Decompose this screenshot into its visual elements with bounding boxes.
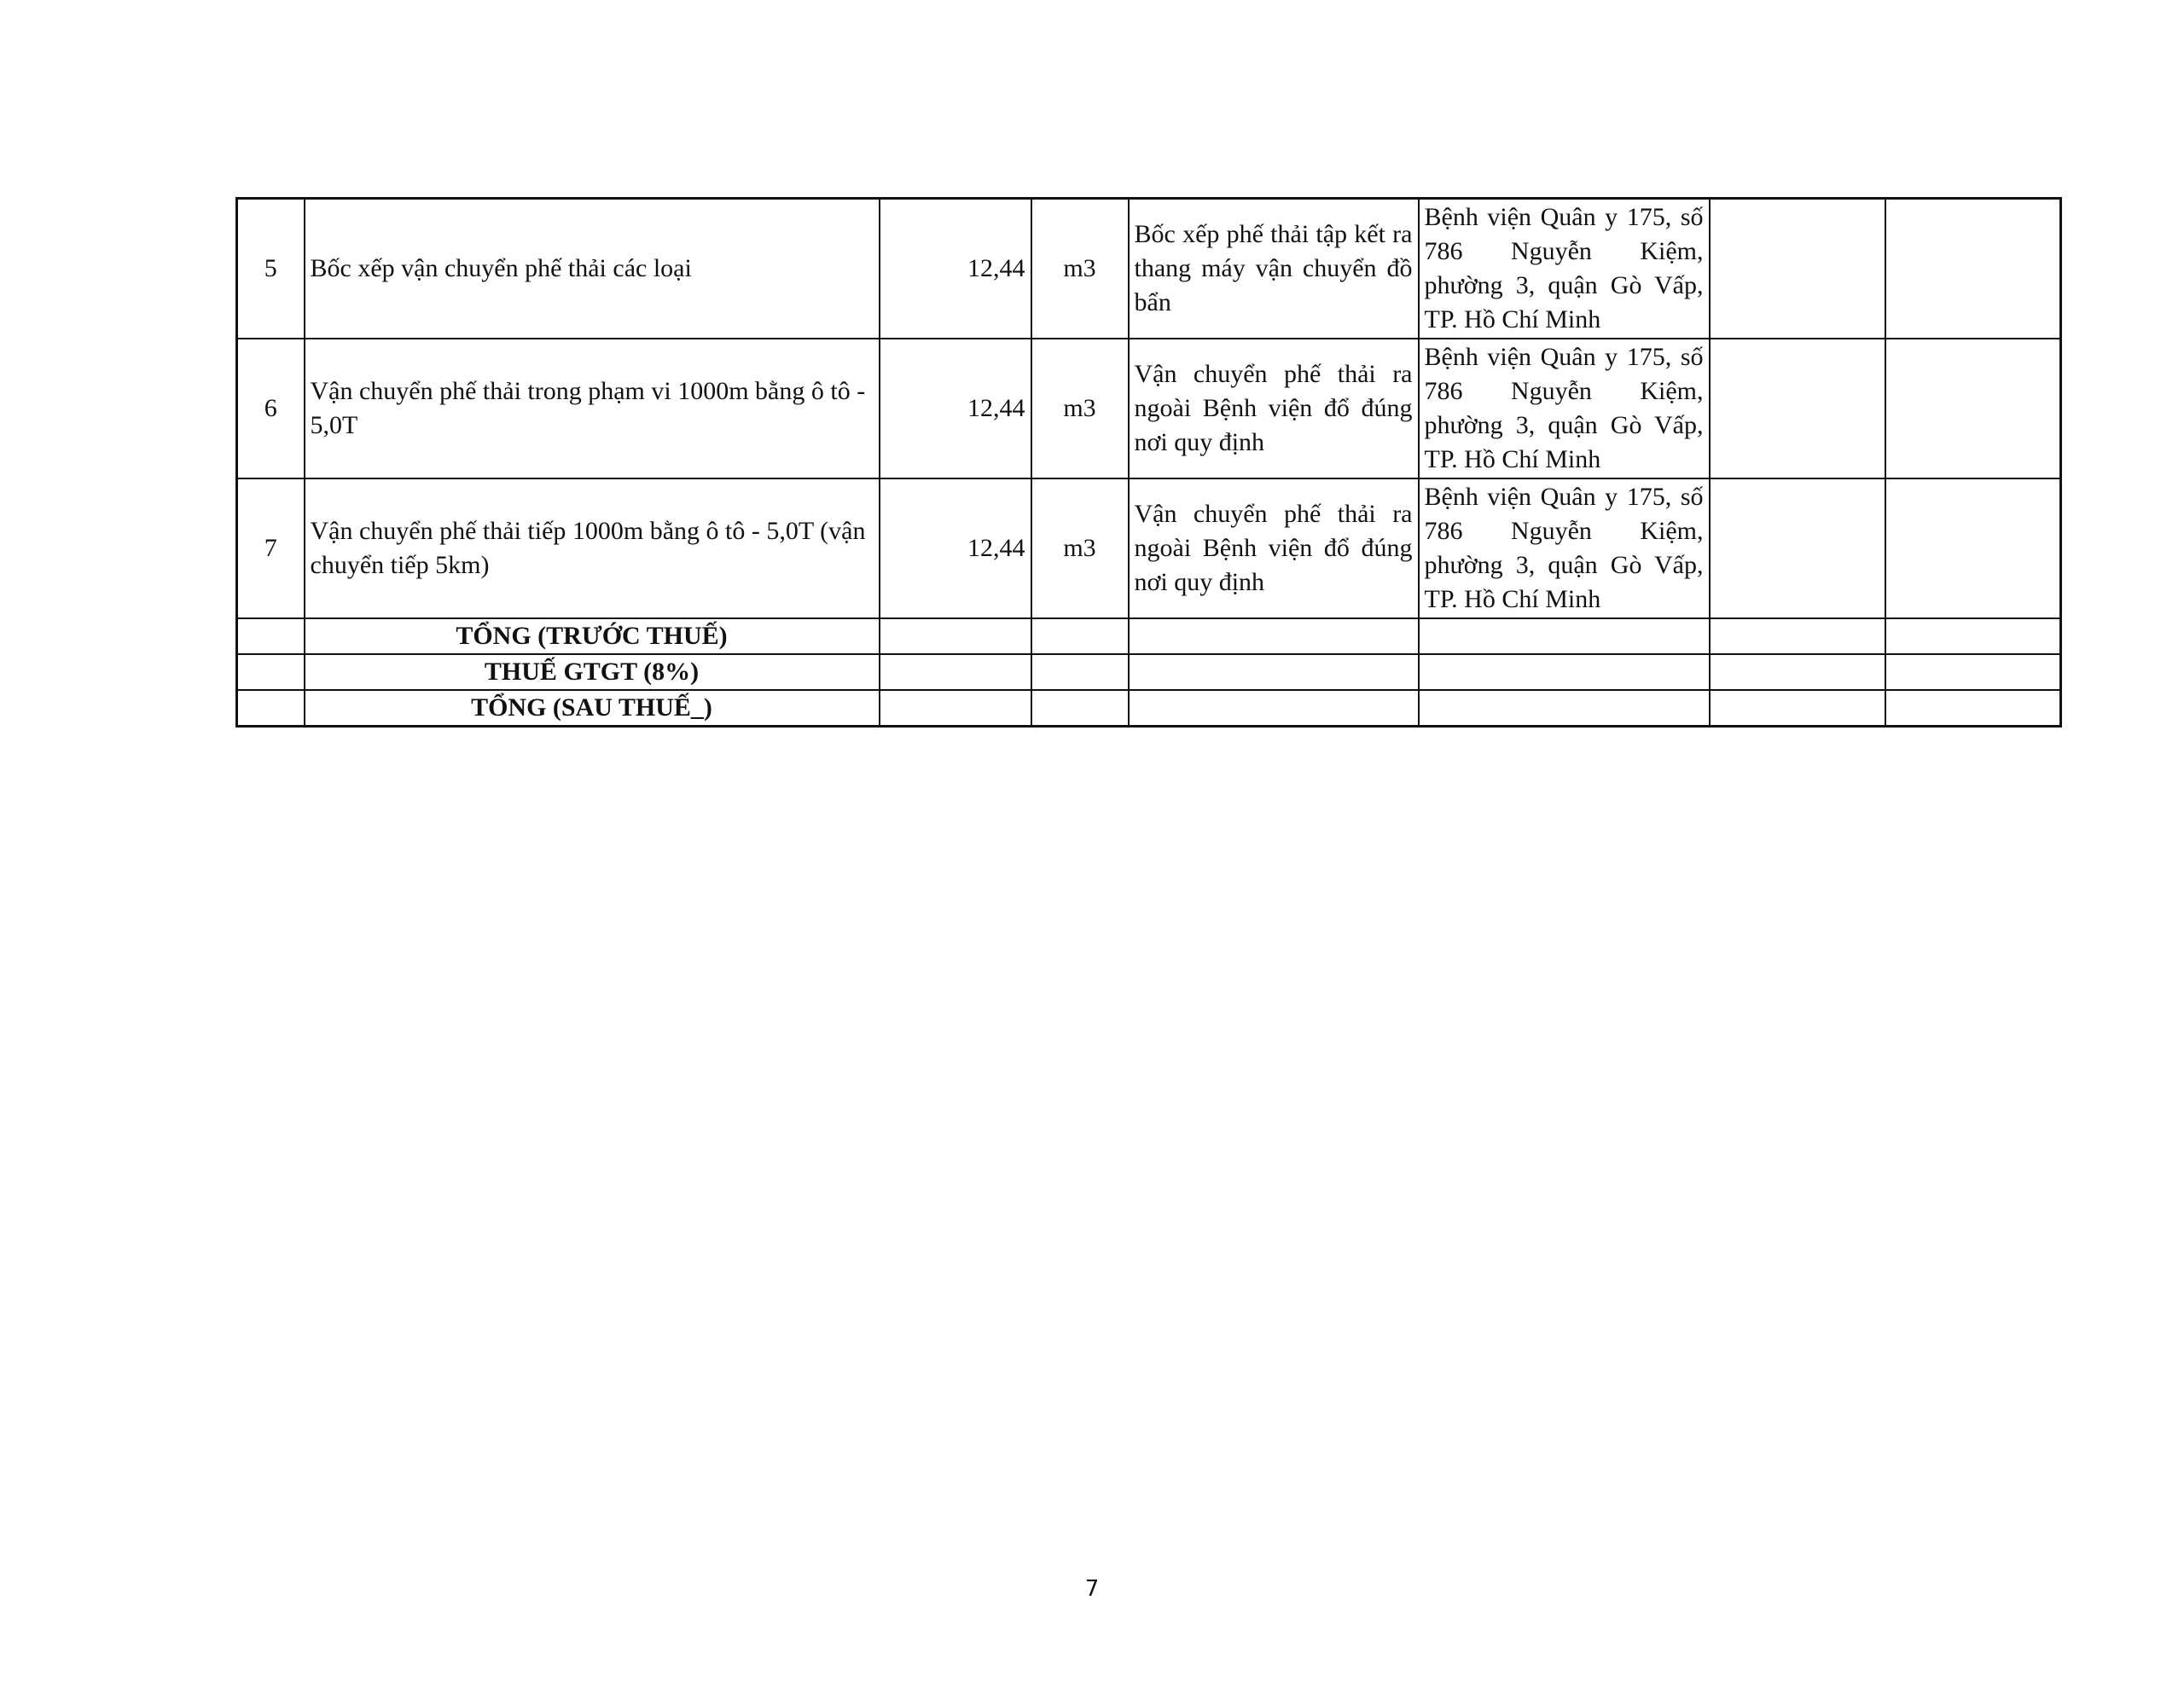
item-name: Vận chuyển phế thải tiếp 1000m bằng ô tô… xyxy=(305,478,880,618)
empty-cell xyxy=(1129,654,1419,690)
item-name: Vận chuyển phế thải trong phạm vi 1000m … xyxy=(305,339,880,478)
empty-cell xyxy=(880,654,1031,690)
table-row: 7 Vận chuyển phế thải tiếp 1000m bằng ô … xyxy=(237,478,2061,618)
empty-cell xyxy=(1885,690,2061,727)
empty-cell xyxy=(1885,654,2061,690)
item-unit: m3 xyxy=(1031,478,1129,618)
item-unit-price xyxy=(1710,339,1885,478)
table-row: 6 Vận chuyển phế thải trong phạm vi 1000… xyxy=(237,339,2061,478)
item-amount xyxy=(1885,199,2061,339)
total-before-tax-label: TỔNG (TRƯỚC THUẾ) xyxy=(305,618,880,654)
item-location: Bệnh viện Quân y 175, số 786 Nguyễn Kiệm… xyxy=(1419,478,1710,618)
empty-cell xyxy=(1419,618,1710,654)
vat-row: THUẾ GTGT (8%) xyxy=(237,654,2061,690)
row-number: 7 xyxy=(237,478,305,618)
empty-cell xyxy=(237,654,305,690)
item-description: Vận chuyển phế thải ra ngoài Bệnh viện đ… xyxy=(1129,478,1419,618)
page-number: 7 xyxy=(0,1576,2184,1602)
empty-cell xyxy=(1885,618,2061,654)
vat-label: THUẾ GTGT (8%) xyxy=(305,654,880,690)
item-amount xyxy=(1885,339,2061,478)
empty-cell xyxy=(1419,690,1710,727)
document-page: 5 Bốc xếp vận chuyển phế thải các loại 1… xyxy=(0,0,2184,1687)
item-unit-price xyxy=(1710,199,1885,339)
empty-cell xyxy=(1419,654,1710,690)
item-unit: m3 xyxy=(1031,199,1129,339)
quotation-table: 5 Bốc xếp vận chuyển phế thải các loại 1… xyxy=(235,197,2062,728)
item-description: Vận chuyển phế thải ra ngoài Bệnh viện đ… xyxy=(1129,339,1419,478)
empty-cell xyxy=(1031,690,1129,727)
item-quantity: 12,44 xyxy=(880,199,1031,339)
table-row: 5 Bốc xếp vận chuyển phế thải các loại 1… xyxy=(237,199,2061,339)
empty-cell xyxy=(1129,690,1419,727)
row-number: 5 xyxy=(237,199,305,339)
empty-cell xyxy=(1031,618,1129,654)
empty-cell xyxy=(1129,618,1419,654)
item-location: Bệnh viện Quân y 175, số 786 Nguyễn Kiệm… xyxy=(1419,339,1710,478)
total-after-tax-label: TỔNG (SAU THUẾ_) xyxy=(305,690,880,727)
empty-cell xyxy=(1710,618,1885,654)
empty-cell xyxy=(880,690,1031,727)
item-description: Bốc xếp phế thải tập kết ra thang máy vậ… xyxy=(1129,199,1419,339)
item-quantity: 12,44 xyxy=(880,339,1031,478)
empty-cell xyxy=(1031,654,1129,690)
row-number: 6 xyxy=(237,339,305,478)
item-amount xyxy=(1885,478,2061,618)
item-unit-price xyxy=(1710,478,1885,618)
empty-cell xyxy=(880,618,1031,654)
item-unit: m3 xyxy=(1031,339,1129,478)
empty-cell xyxy=(237,618,305,654)
empty-cell xyxy=(237,690,305,727)
item-location: Bệnh viện Quân y 175, số 786 Nguyễn Kiệm… xyxy=(1419,199,1710,339)
total-after-tax-row: TỔNG (SAU THUẾ_) xyxy=(237,690,2061,727)
item-name: Bốc xếp vận chuyển phế thải các loại xyxy=(305,199,880,339)
total-before-tax-row: TỔNG (TRƯỚC THUẾ) xyxy=(237,618,2061,654)
empty-cell xyxy=(1710,654,1885,690)
empty-cell xyxy=(1710,690,1885,727)
item-quantity: 12,44 xyxy=(880,478,1031,618)
